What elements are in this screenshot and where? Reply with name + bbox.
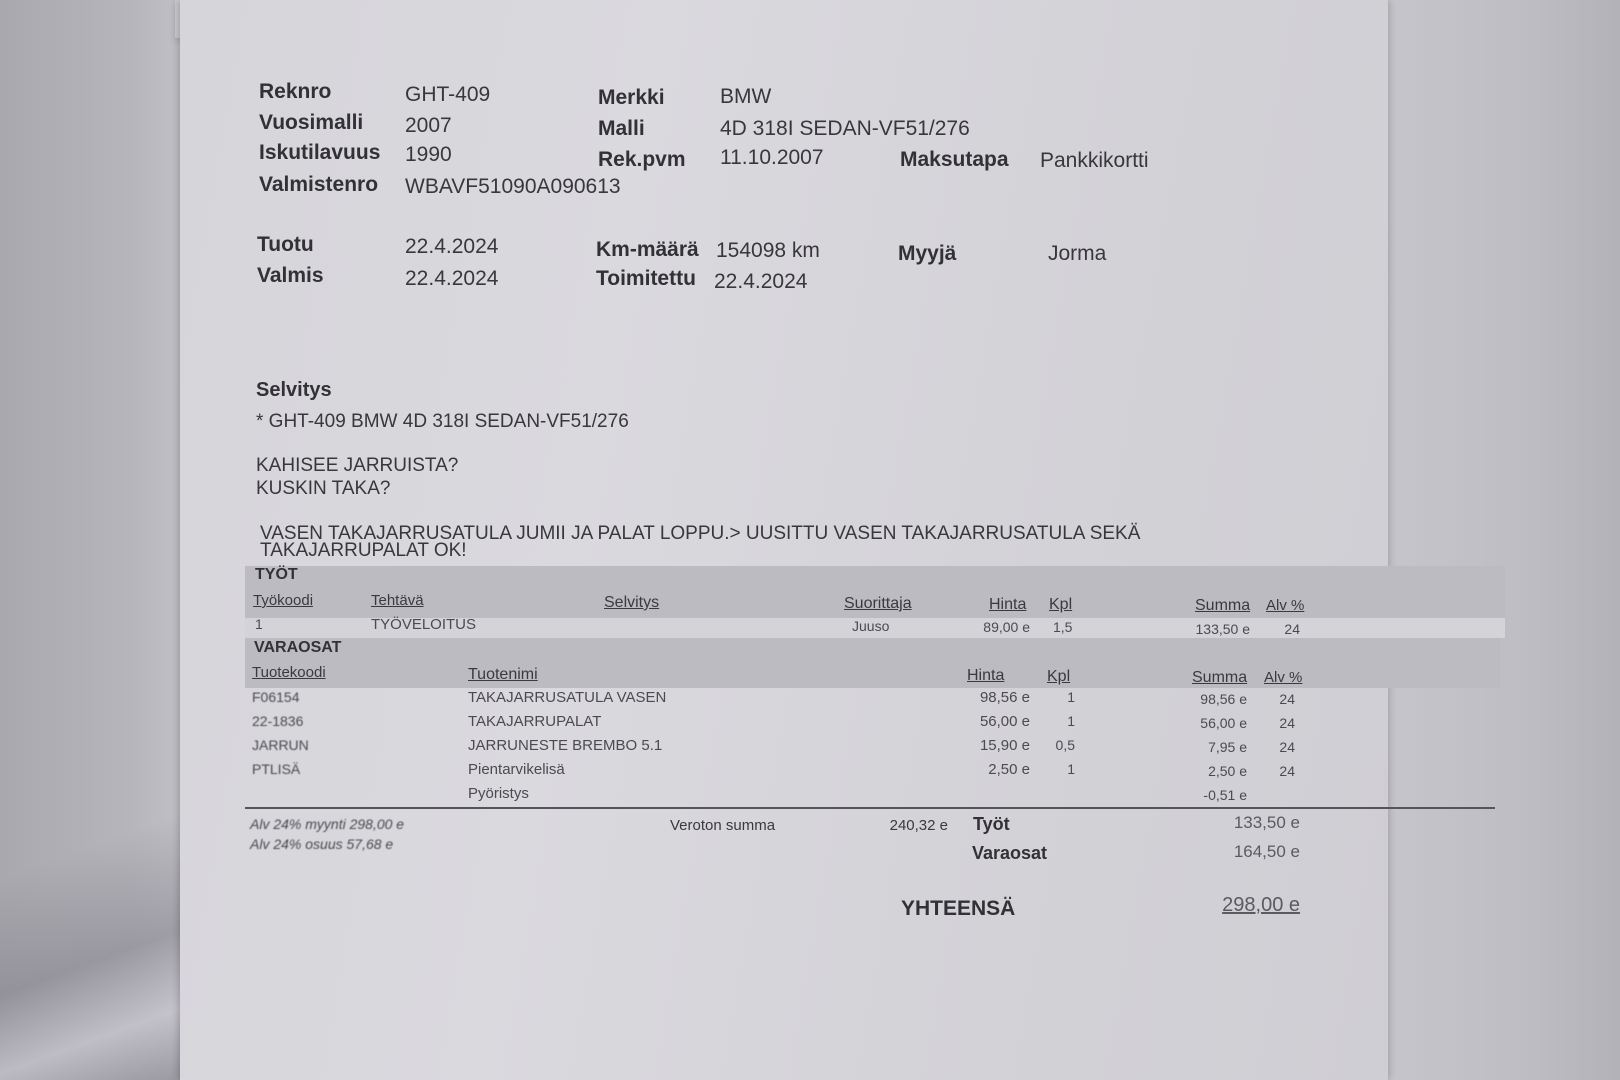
tuotu-value: 22.4.2024 (405, 235, 498, 259)
malli-label: Malli (598, 117, 645, 141)
varaosat-row-summa: -0,51 e (1165, 787, 1247, 803)
tyot-col-summa: Summa (1195, 597, 1250, 615)
varaosat-row-hinta: 98,56 e (940, 689, 1030, 706)
tyot-col-kpl: Kpl (1049, 596, 1072, 614)
varaosat-row-kpl: 0,5 (1040, 737, 1075, 753)
rekpvm-value: 11.10.2007 (720, 146, 824, 170)
iskutilavuus-value: 1990 (405, 143, 452, 167)
varaosat-row-alv: 24 (1265, 739, 1295, 755)
valmistenro-value: WBAVF51090A090613 (405, 175, 621, 199)
varaosat-title: VARAOSAT (254, 639, 341, 657)
alv-osuus-text: Alv 24% osuus 57,68 e (250, 836, 393, 852)
selvitys-vehicle-line: * GHT-409 BMW 4D 318I SEDAN-VF51/276 (256, 411, 629, 433)
totals-divider (245, 807, 1495, 809)
yhteensa-value: 298,00 e (1180, 894, 1300, 917)
selvitys-complaint-2: KUSKIN TAKA? (256, 478, 390, 500)
varaosat-row-alv: 24 (1265, 763, 1295, 779)
varaosat-row-kpl: 1 (1040, 761, 1075, 777)
selvitys-complaint-1: KAHISEE JARRUISTA? (256, 455, 458, 477)
myyja-value: Jorma (1048, 242, 1106, 266)
tyot-row-hinta: 89,00 e (960, 619, 1030, 635)
varaosat-row-hinta: 56,00 e (940, 713, 1030, 730)
iskutilavuus-label: Iskutilavuus (259, 141, 380, 165)
selvitys-work-done-2: TAKAJARRUPALAT OK! (260, 540, 467, 562)
varaosat-row-hinta: 15,90 e (940, 737, 1030, 754)
varaosat-row-kpl: 1 (1040, 713, 1075, 729)
tuotu-label: Tuotu (257, 233, 314, 257)
varaosat-row-summa: 98,56 e (1165, 691, 1247, 707)
tyot-row-kpl: 1,5 (1053, 619, 1072, 635)
selvitys-title: Selvitys (256, 379, 332, 402)
maksutapa-label: Maksutapa (900, 148, 1009, 172)
varaosat-row-alv: 24 (1265, 715, 1295, 731)
veroton-label: Veroton summa (670, 817, 775, 834)
tyot-row-tehtava: TYÖVELOITUS (371, 616, 476, 633)
alv-myynti-text: Alv 24% myynti 298,00 e (250, 816, 404, 832)
varaosat-col-nimi: Tuotenimi (468, 666, 538, 684)
toimitettu-value: 22.4.2024 (714, 270, 807, 294)
valmistenro-label: Valmistenro (259, 173, 378, 197)
varaosat-row-koodi: PTLISÄ (252, 761, 300, 777)
merkki-label: Merkki (598, 86, 665, 110)
tyot-col-hinta: Hinta (989, 596, 1026, 614)
km-label: Km-määrä (596, 238, 699, 262)
invoice-paper: Reknro GHT-409 Vuosimalli 2007 Iskutilav… (180, 0, 1388, 1080)
tyot-total-value: 133,50 e (1180, 813, 1300, 833)
varaosat-col-alv: Alv % (1264, 669, 1302, 686)
veroton-value: 240,32 e (860, 817, 948, 834)
varaosat-header-band (245, 638, 1500, 688)
varaosat-row-summa: 7,95 e (1165, 739, 1247, 755)
varaosat-row-nimi: Pientarvikelisä (468, 761, 565, 778)
valmis-value: 22.4.2024 (405, 267, 498, 291)
tyot-total-label: Työt (973, 814, 1010, 835)
varaosat-row-koodi: 22-1836 (252, 713, 303, 729)
toimitettu-label: Toimitettu (596, 267, 696, 291)
km-value: 154098 km (716, 239, 820, 263)
tyot-col-selvitys: Selvitys (604, 594, 659, 612)
tyot-row-alv: 24 (1270, 621, 1300, 637)
myyja-label: Myyjä (898, 242, 956, 266)
varaosat-total-value: 164,50 e (1180, 842, 1300, 862)
malli-value: 4D 318I SEDAN-VF51/276 (720, 117, 970, 141)
varaosat-row-kpl: 1 (1040, 689, 1075, 705)
varaosat-row-alv: 24 (1265, 691, 1295, 707)
reknro-label: Reknro (259, 80, 331, 104)
vuosimalli-value: 2007 (405, 114, 452, 138)
varaosat-row-nimi: JARRUNESTE BREMBO 5.1 (468, 737, 662, 754)
varaosat-row-summa: 56,00 e (1165, 715, 1247, 731)
varaosat-row-nimi: Pyöristys (468, 785, 529, 802)
varaosat-col-koodi: Tuotekoodi (252, 664, 326, 681)
rekpvm-label: Rek.pvm (598, 148, 686, 172)
varaosat-col-kpl: Kpl (1047, 668, 1070, 686)
tyot-row-koodi: 1 (255, 616, 263, 632)
varaosat-total-label: Varaosat (972, 843, 1047, 864)
varaosat-row-koodi: JARRUN (252, 737, 309, 753)
background-right (1385, 0, 1620, 1080)
background-shadow (0, 760, 200, 1080)
tyot-title: TYÖT (255, 566, 298, 584)
varaosat-row-summa: 2,50 e (1165, 763, 1247, 779)
varaosat-row-koodi: F06154 (252, 689, 299, 705)
maksutapa-value: Pankkikortti (1040, 149, 1149, 173)
tyot-col-suorittaja: Suorittaja (844, 595, 912, 613)
tyot-row-summa: 133,50 e (1170, 621, 1250, 637)
tyot-row-suorittaja: Juuso (852, 618, 889, 634)
tyot-col-koodi: Työkoodi (253, 592, 313, 609)
merkki-value: BMW (720, 85, 771, 109)
yhteensa-label: YHTEENSÄ (901, 897, 1015, 921)
reknro-value: GHT-409 (405, 83, 490, 107)
tyot-col-alv: Alv % (1266, 597, 1304, 614)
vuosimalli-label: Vuosimalli (259, 111, 363, 135)
varaosat-row-nimi: TAKAJARRUPALAT (468, 713, 601, 730)
varaosat-col-hinta: Hinta (967, 667, 1004, 685)
varaosat-row-nimi: TAKAJARRUSATULA VASEN (468, 689, 666, 706)
varaosat-col-summa: Summa (1192, 669, 1247, 687)
tyot-col-tehtava: Tehtävä (371, 592, 424, 609)
valmis-label: Valmis (257, 264, 324, 288)
varaosat-row-hinta: 2,50 e (940, 761, 1030, 778)
